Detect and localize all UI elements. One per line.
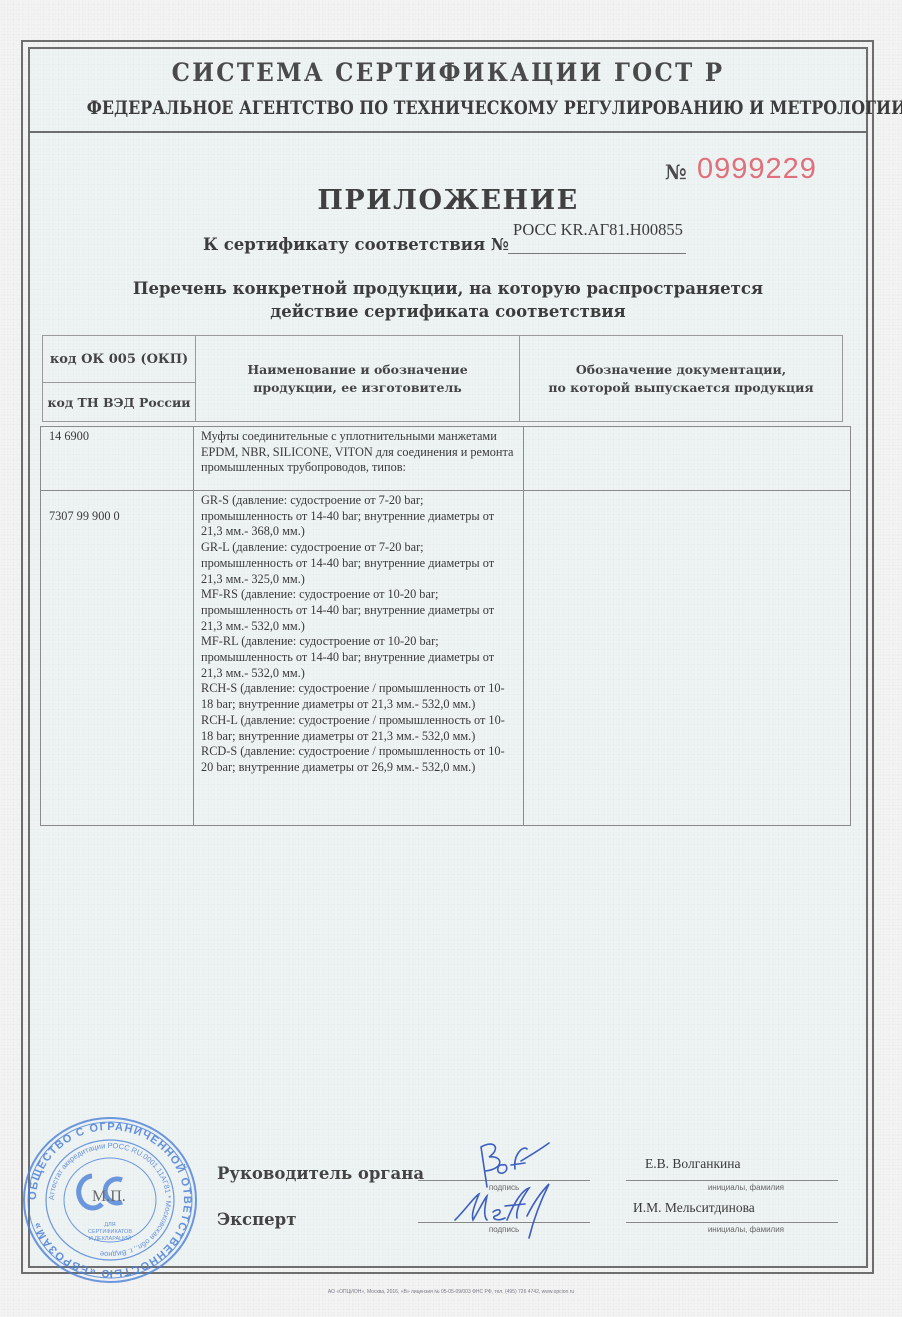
product-item: RCH-S (давление: судостроение / промышле… xyxy=(201,681,515,712)
certificate-ref-underline xyxy=(508,253,686,254)
product-item: MF-RS (давление: судостроение от 10-20 b… xyxy=(201,587,515,634)
list-title-line2: действие сертификата соответствия xyxy=(28,300,868,323)
product-item: MF-RL (давление: судостроение от 10-20 b… xyxy=(201,634,515,681)
head-name: Е.В. Волганкина xyxy=(645,1156,740,1172)
product-item: RCH-L (давление: судостроение / промышле… xyxy=(201,713,515,744)
form-number: 0999229 xyxy=(697,153,817,186)
header-code-okp: код ОК 005 (ОКП) xyxy=(43,336,196,383)
certificate-ref-number: РОСС KR.АГ81.Н00855 xyxy=(513,220,683,240)
product-item: GR-S (давление: судостроение от 7-20 bar… xyxy=(201,493,515,540)
product-table: 14 6900 Муфты соединительные с уплотните… xyxy=(40,426,851,826)
expert-name: И.М. Мельситдинова xyxy=(633,1200,755,1216)
header-divider xyxy=(28,131,868,133)
certificate-ref-label: К сертификату соответствия № xyxy=(203,235,509,254)
cell-docs xyxy=(524,491,850,825)
system-title: СИСТЕМА СЕРТИФИКАЦИИ ГОСТ Р xyxy=(62,58,835,87)
expert-name-line xyxy=(626,1222,838,1223)
form-number-label: № xyxy=(665,160,687,184)
cell-docs xyxy=(524,427,850,490)
head-role-label: Руководитель органа xyxy=(217,1164,424,1183)
header-docs-line2: по которой выпускается продукция xyxy=(548,379,813,397)
cell-product-list: GR-S (давление: судостроение от 7-20 bar… xyxy=(194,491,524,825)
svg-text:СЕРТИФИКАТОВ: СЕРТИФИКАТОВ xyxy=(88,1229,132,1235)
svg-text:ДЛЯ: ДЛЯ xyxy=(104,1222,115,1228)
head-name-caption: инициалы, фамилия xyxy=(626,1183,838,1192)
expert-role-label: Эксперт xyxy=(217,1210,296,1229)
agency-title: ФЕДЕРАЛЬНОЕ АГЕНТСТВО ПО ТЕХНИЧЕСКОМУ РЕ… xyxy=(87,98,809,119)
header-product-line1: Наименование и обозначение xyxy=(247,361,467,379)
appendix-title: ПРИЛОЖЕНИЕ xyxy=(28,185,868,216)
list-title-line1: Перечень конкретной продукции, на котору… xyxy=(28,277,868,300)
cell-code: 7307 99 900 0 xyxy=(41,491,194,825)
header-docs-line1: Обозначение документации, xyxy=(548,361,813,379)
product-item: RCD-S (давление: судостроение / промышле… xyxy=(201,744,515,775)
expert-signature-icon xyxy=(445,1180,555,1240)
cell-product: Муфты соединительные с уплотнительными м… xyxy=(194,427,524,490)
cell-code: 14 6900 xyxy=(41,427,194,490)
table-row: 7307 99 900 0 GR-S (давление: судостроен… xyxy=(41,491,850,825)
header-product-line2: продукции, ее изготовитель xyxy=(247,379,467,397)
header-docs: Обозначение документации, по которой вып… xyxy=(520,336,842,421)
printer-info: АО «ОПЦИОН», Москва, 2016, «В» лицензия … xyxy=(0,1289,902,1295)
svg-text:И ДЕКЛАРАЦИЙ: И ДЕКЛАРАЦИЙ xyxy=(89,1234,131,1242)
expert-name-caption: инициалы, фамилия xyxy=(626,1225,838,1234)
head-name-line xyxy=(626,1180,838,1181)
header-product: Наименование и обозначение продукции, ее… xyxy=(196,336,520,421)
product-item: GR-L (давление: судостроение от 7-20 bar… xyxy=(201,540,515,587)
header-code-tnved: код ТН ВЭД России xyxy=(43,383,196,422)
list-title: Перечень конкретной продукции, на котору… xyxy=(28,277,868,323)
stamp-mp-label: М.П. xyxy=(92,1188,126,1206)
table-row: 14 6900 Муфты соединительные с уплотните… xyxy=(41,427,850,491)
table-header: код ОК 005 (ОКП) код ТН ВЭД России Наиме… xyxy=(42,335,843,422)
